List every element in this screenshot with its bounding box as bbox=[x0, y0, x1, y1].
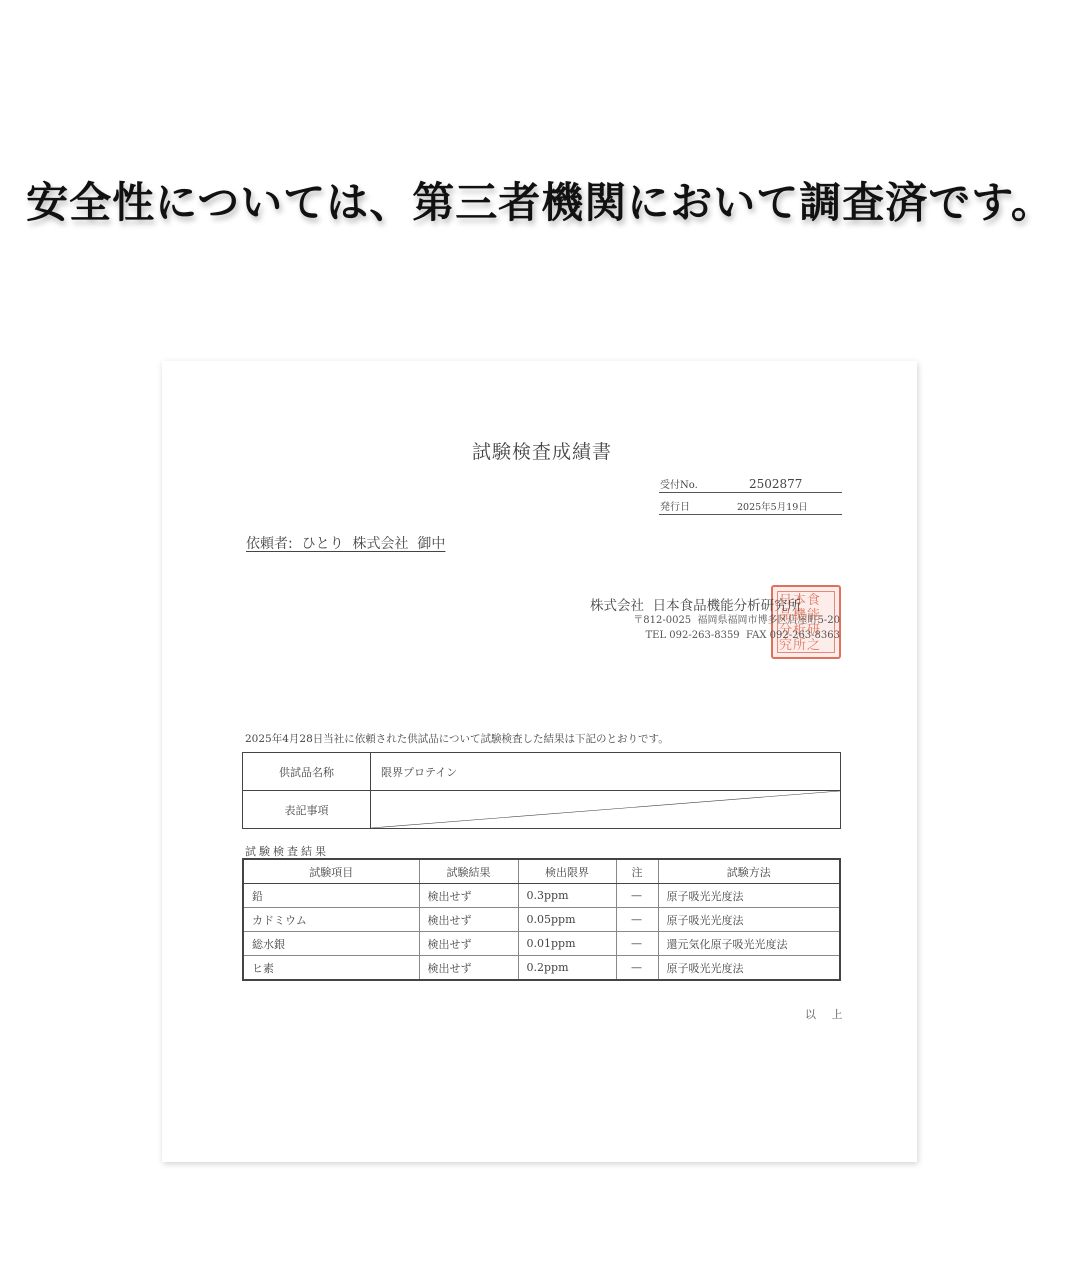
notation-row: 表記事項 bbox=[243, 791, 841, 829]
receipt-value: 2502877 bbox=[749, 477, 802, 491]
cell-detection-limit: 0.05ppm bbox=[518, 908, 616, 932]
results-header-row: 試験項目 試験結果 検出限界 注 試験方法 bbox=[243, 859, 840, 884]
issuer-contact: 〒812-0025 福岡県福岡市博多区店屋町5-20 TEL 092-263-8… bbox=[633, 613, 840, 643]
cell-test-result: 検出せず bbox=[419, 884, 518, 908]
header-test-method: 試験方法 bbox=[658, 859, 840, 884]
cell-test-result: 検出せず bbox=[419, 932, 518, 956]
closing-mark: 以 上 bbox=[805, 1006, 849, 1022]
header-test-result: 試験結果 bbox=[419, 859, 518, 884]
results-row: カドミウム検出せず0.05ppm—原子吸光光度法 bbox=[243, 908, 840, 932]
cell-test-item: 総水銀 bbox=[243, 932, 419, 956]
cell-detection-limit: 0.3ppm bbox=[518, 884, 616, 908]
cell-test-result: 検出せず bbox=[419, 956, 518, 981]
results-row: ヒ素検出せず0.2ppm—原子吸光光度法 bbox=[243, 956, 840, 981]
results-heading: 試験検査結果 bbox=[245, 843, 329, 859]
diagonal-strike-line bbox=[371, 791, 840, 828]
headline: 安全性については、第三者機関において調査済です。 bbox=[0, 170, 1080, 230]
sample-name-row: 供試品名称 限界プロテイン bbox=[243, 753, 841, 791]
sample-name-label: 供試品名称 bbox=[243, 753, 371, 791]
cell-test-result: 検出せず bbox=[419, 908, 518, 932]
results-row: 総水銀検出せず0.01ppm—還元気化原子吸光光度法 bbox=[243, 932, 840, 956]
cell-test-method: 原子吸光光度法 bbox=[658, 956, 840, 981]
cell-note: — bbox=[616, 908, 658, 932]
test-report-document: 試験検査成績書 受付No. 2502877 発行日 2025年5月19日 依頼者… bbox=[162, 361, 917, 1162]
intro-text: 2025年4月28日当社に依頼された供試品について試験検査した結果は下記のとおり… bbox=[245, 731, 669, 746]
issue-date-value: 2025年5月19日 bbox=[737, 499, 808, 513]
cell-test-item: カドミウム bbox=[243, 908, 419, 932]
results-row: 鉛検出せず0.3ppm—原子吸光光度法 bbox=[243, 884, 840, 908]
sample-table: 供試品名称 限界プロテイン 表記事項 bbox=[242, 752, 841, 829]
cell-test-item: ヒ素 bbox=[243, 956, 419, 981]
issue-date-row: 発行日 2025年5月19日 bbox=[659, 499, 842, 515]
cell-detection-limit: 0.01ppm bbox=[518, 932, 616, 956]
receipt-label: 受付No. bbox=[660, 476, 698, 491]
cell-detection-limit: 0.2ppm bbox=[518, 956, 616, 981]
issuer-company: 株式会社 日本食品機能分析研究所 bbox=[590, 594, 801, 614]
sample-name-value: 限界プロテイン bbox=[371, 753, 841, 791]
cell-test-item: 鉛 bbox=[243, 884, 419, 908]
issuer-phone: TEL 092-263-8359 FAX 092-263-8363 bbox=[646, 630, 841, 641]
cell-note: — bbox=[616, 932, 658, 956]
header-test-item: 試験項目 bbox=[243, 859, 419, 884]
cell-note: — bbox=[616, 884, 658, 908]
cell-test-method: 原子吸光光度法 bbox=[658, 908, 840, 932]
issue-date-label: 発行日 bbox=[660, 498, 690, 513]
document-title: 試験検査成績書 bbox=[472, 437, 612, 464]
header-note: 注 bbox=[616, 859, 658, 884]
cell-test-method: 原子吸光光度法 bbox=[658, 884, 840, 908]
notation-empty-cell bbox=[371, 791, 841, 829]
cell-test-method: 還元気化原子吸光光度法 bbox=[658, 932, 840, 956]
client-name: 依頼者: ひとり 株式会社 御中 bbox=[246, 533, 445, 553]
results-table: 試験項目 試験結果 検出限界 注 試験方法 鉛検出せず0.3ppm—原子吸光光度… bbox=[242, 858, 841, 981]
issuer-address: 〒812-0025 福岡県福岡市博多区店屋町5-20 bbox=[633, 615, 840, 626]
header-detection-limit: 検出限界 bbox=[518, 859, 616, 884]
receipt-number-row: 受付No. 2502877 bbox=[659, 477, 842, 493]
notation-label: 表記事項 bbox=[243, 791, 371, 829]
cell-note: — bbox=[616, 956, 658, 981]
